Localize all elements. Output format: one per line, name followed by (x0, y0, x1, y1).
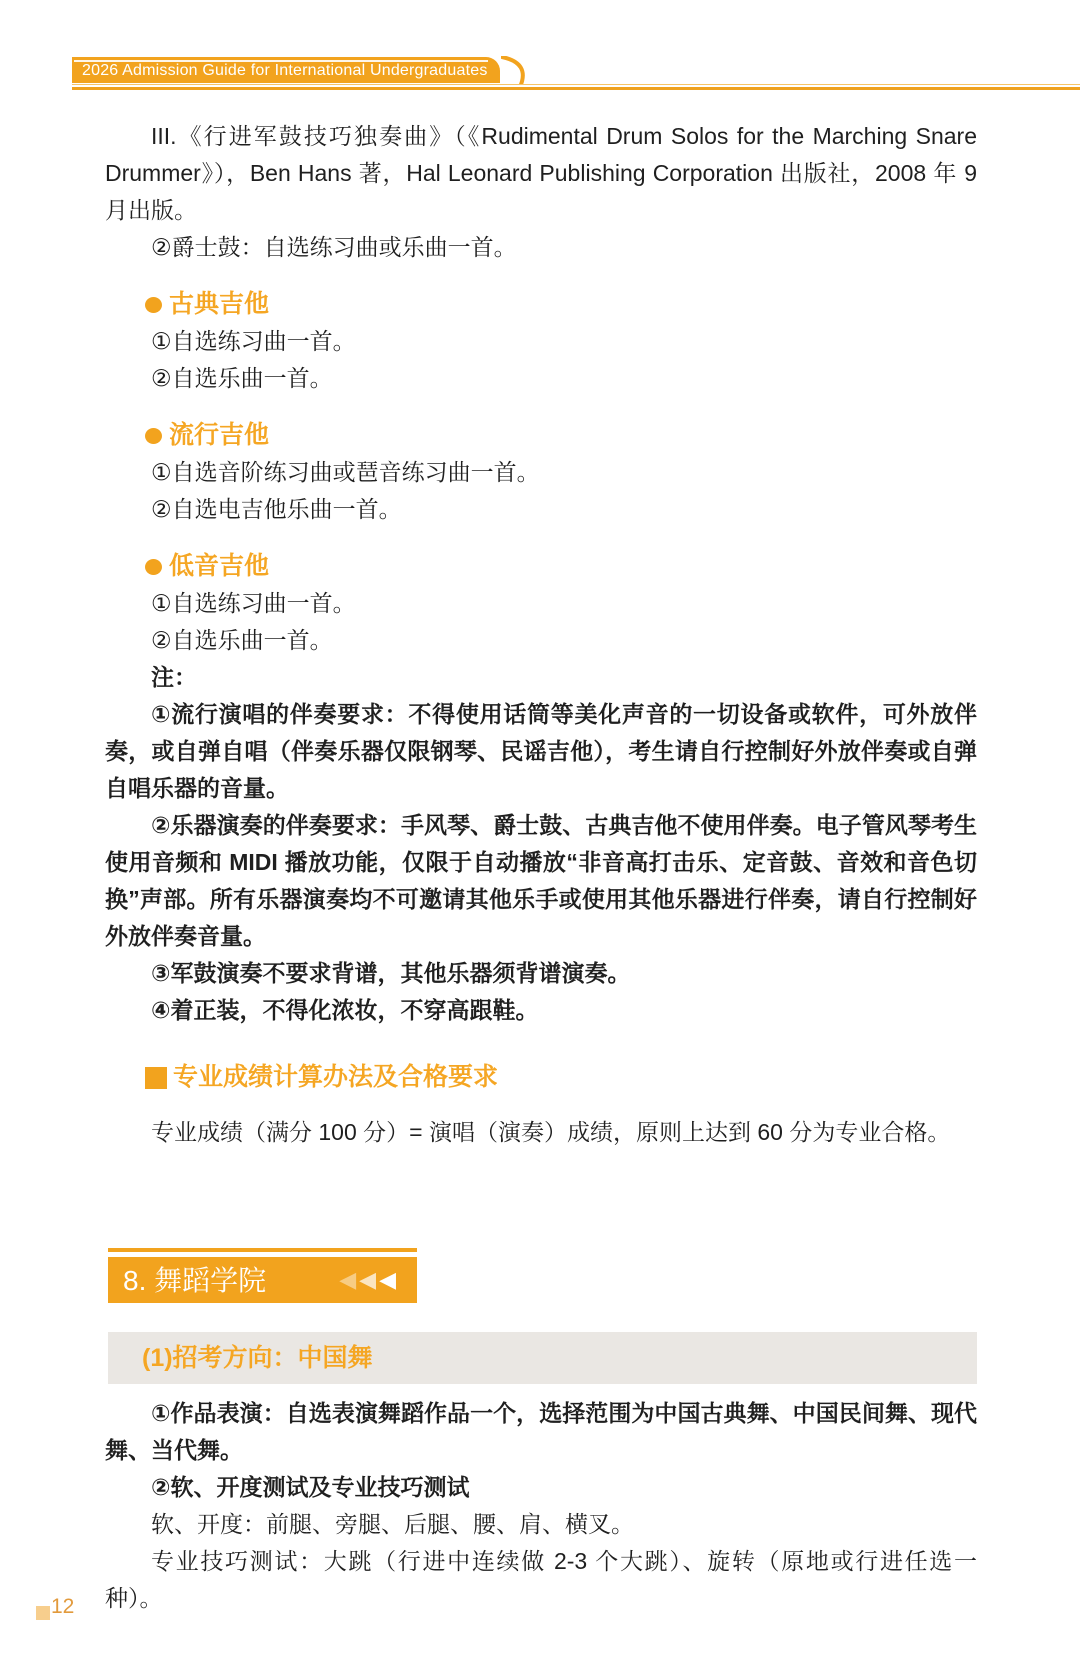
direction-heading-band: (1)招考方向：中国舞 (108, 1332, 977, 1384)
section-heading-pop-guitar: 流行吉他 (145, 417, 977, 454)
note-item: ④着正装，不得化浓妆，不穿高跟鞋。 (105, 992, 977, 1029)
list-item: ②自选电吉他乐曲一首。 (105, 491, 977, 528)
score-rule-paragraph: 专业成绩（满分 100 分）= 演唱（演奏）成绩，原则上达到 60 分为专业合格… (105, 1114, 977, 1151)
dot-bullet-icon (145, 559, 162, 575)
note-item: ②乐器演奏的伴奏要求：手风琴、爵士鼓、古典吉他不使用伴奏。电子管风琴考生使用音频… (105, 807, 977, 955)
page-content: III.《行进军鼓技巧独奏曲》（《Rudimental Drum Solos f… (105, 118, 977, 1617)
dance-banner-top-rule (108, 1248, 417, 1252)
dance-requirements: ①作品表演：自选表演舞蹈作品一个，选择范围为中国古典舞、中国民间舞、现代舞、当代… (105, 1395, 977, 1617)
triple-left-arrow-icon: ◀◀◀ (339, 1269, 417, 1291)
section-heading-score-calculation: 专业成绩计算办法及合格要求 (145, 1059, 977, 1096)
page-marker-icon (36, 1606, 50, 1620)
document-page: 2026 Admission Guide for International U… (0, 0, 1080, 1661)
dance-item: 专业技巧测试：大跳（行进中连续做 2-3 个大跳）、旋转（原地或行进任选一种）。 (105, 1543, 977, 1617)
dot-bullet-icon (145, 297, 162, 313)
section-title: 流行吉他 (169, 417, 269, 454)
section-title: 低音吉他 (169, 548, 269, 585)
section-title: 专业成绩计算办法及合格要求 (173, 1059, 498, 1096)
list-item: ①自选练习曲一首。 (105, 585, 977, 622)
note-item: ①流行演唱的伴奏要求：不得使用话筒等美化声音的一切设备或软件，可外放伴奏，或自弹… (105, 696, 977, 807)
dance-item: ①作品表演：自选表演舞蹈作品一个，选择范围为中国古典舞、中国民间舞、现代舞、当代… (105, 1395, 977, 1469)
section-heading-classical-guitar: 古典吉他 (145, 286, 977, 323)
square-bullet-icon (145, 1067, 167, 1089)
dance-item: ②软、开度测试及专业技巧测试 (105, 1469, 977, 1506)
list-item: ②自选乐曲一首。 (105, 360, 977, 397)
notes-label: 注： (105, 659, 977, 696)
page-footer: 12 (36, 1596, 74, 1622)
header-banner-title: 2026 Admission Guide for International U… (82, 57, 488, 84)
header-rule-line (72, 84, 1080, 90)
dot-bullet-icon (145, 428, 162, 444)
list-item: ①自选音阶练习曲或琶音练习曲一首。 (105, 454, 977, 491)
dance-item: 软、开度：前腿、旁腿、后腿、腰、肩、横叉。 (105, 1506, 977, 1543)
jazz-drum-item: ②爵士鼓：自选练习曲或乐曲一首。 (105, 229, 977, 266)
page-number: 12 (51, 1596, 74, 1618)
section-heading-bass-guitar: 低音吉他 (145, 548, 977, 585)
list-item: ①自选练习曲一首。 (105, 323, 977, 360)
header-banner: 2026 Admission Guide for International U… (72, 57, 500, 83)
intro-paragraph: III.《行进军鼓技巧独奏曲》（《Rudimental Drum Solos f… (105, 118, 977, 229)
dance-school-banner-title: 8. 舞蹈学院 (108, 1262, 339, 1299)
dance-school-banner: 8. 舞蹈学院 ◀◀◀ (108, 1257, 417, 1303)
list-item: ②自选乐曲一首。 (105, 622, 977, 659)
section-title: 古典吉他 (169, 286, 269, 323)
note-item: ③军鼓演奏不要求背谱，其他乐器须背谱演奏。 (105, 955, 977, 992)
